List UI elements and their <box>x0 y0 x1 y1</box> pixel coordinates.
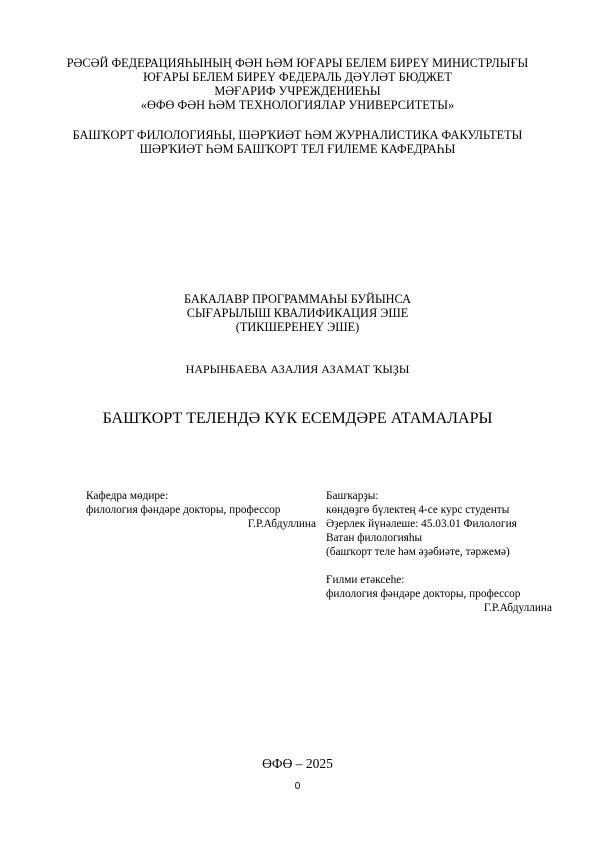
performer-line-4: (башҡорт теле һәм әҙәбиәте, тәржемә) <box>326 546 510 559</box>
department-name: ШӘРҠИӘТ ҺӘМ БАШҠОРТ ТЕЛ ҒИЛЕМЕ КАФЕДРАҺЫ <box>0 142 595 156</box>
work-type-line-1: БАКАЛАВР ПРОГРАММАҺЫ БУЙЫНСА <box>0 292 595 306</box>
performer-label: Башҡарҙы: <box>326 490 379 503</box>
page-number: 0 <box>0 781 595 792</box>
institution-line-1: ЮҒАРЫ БЕЛЕМ БИРЕҮ ФЕДЕРАЛЬ ДӘҮЛӘТ БЮДЖЕТ <box>0 70 595 84</box>
supervisor-label: Ғилми етәксеһе: <box>326 574 404 587</box>
performer-line-1: көндөҙгө бүлектең 4-се курс студенты <box>326 504 509 517</box>
university-name: «ӨФӨ ФӘН ҺӘМ ТЕХНОЛОГИЯЛАР УНИВЕРСИТЕТЫ» <box>0 98 595 112</box>
performer-line-2: Әҙерлек йүнәлеше: 45.03.01 Филология <box>326 518 517 531</box>
supervisor-name: Г.Р.Абдуллина <box>326 602 552 615</box>
work-type-line-3: (ТИКШЕРЕНЕҮ ЭШЕ) <box>0 320 595 334</box>
institution-line-2: МӘҒАРИФ УЧРЕЖДЕНИЕҺЫ <box>0 84 595 98</box>
head-name: Г.Р.Абдуллина <box>86 518 316 531</box>
ministry-line: РӘСӘЙ ФЕДЕРАЦИЯҺЫНЫҢ ФӘН ҺӘМ ЮҒАРЫ БЕЛЕМ… <box>0 56 595 70</box>
city-year: ӨФӨ – 2025 <box>0 756 595 772</box>
faculty-name: БАШҠОРТ ФИЛОЛОГИЯҺЫ, ШӘРҠИӘТ ҺӘМ ЖУРНАЛИ… <box>0 128 595 142</box>
head-label: Кафедра мөдире: <box>86 490 168 503</box>
performer-line-3: Ватан филологияһы <box>326 532 422 545</box>
head-position: филология фәндәре докторы, профессор <box>86 504 280 517</box>
author-name: НАРЫНБАЕВА АЗАЛИЯ АЗАМАТ ҠЫҘЫ <box>0 362 595 376</box>
supervisor-position: филология фәндәре докторы, профессор <box>326 588 520 601</box>
work-type-line-2: СЫҒАРЫЛЫШ КВАЛИФИКАЦИЯ ЭШЕ <box>0 306 595 320</box>
thesis-title: БАШҠОРТ ТЕЛЕНДӘ КҮК ЕСЕМДӘРЕ АТАМАЛАРЫ <box>0 410 595 428</box>
